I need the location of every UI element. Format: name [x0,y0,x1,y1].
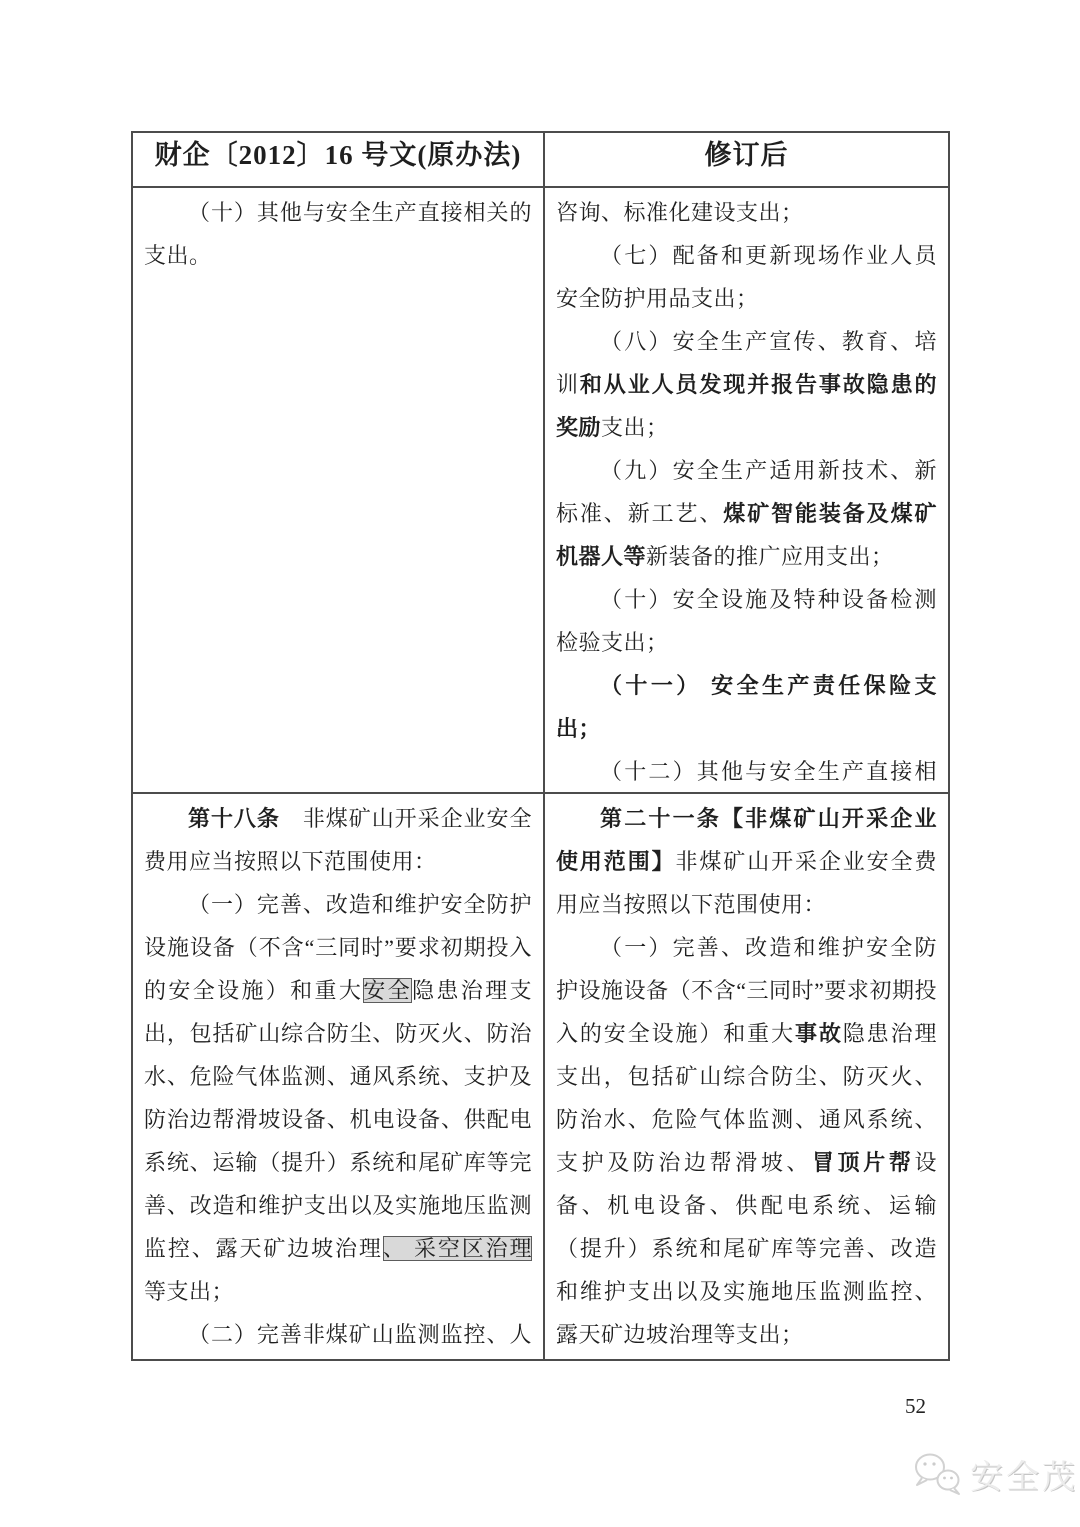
text-segment: 隐患治理支出，包括矿山综合防尘、防灭火、防治水、危险气体监测、通风系统、支护及防… [144,978,532,1261]
text-segment: 等支出； [144,1279,234,1304]
added-text: 冒顶片帮 [812,1150,914,1175]
added-text: 事故 [795,1021,843,1046]
paragraph: （二）完善非煤矿山监测监控、人员 [556,1356,937,1359]
paragraph: （十）其他与安全生产直接相关的支出。 [144,191,532,277]
cell-revised: 咨询、标准化建设支出；（七）配备和更新现场作业人员安全防护用品支出；（八）安全生… [544,187,949,793]
text-segment: （十）其他与安全生产直接相关的支出。 [144,200,532,268]
table-row: 第十八条 非煤矿山开采企业安全费用应当按照以下范围使用：（一）完善、改造和维护安… [132,793,949,1360]
column-header-revised: 修订后 [544,132,949,187]
boxed-deleted-text: 、 采空区治理 [383,1236,532,1261]
comparison-table: 财企〔2012〕16 号文(原办法) 修订后 （十）其他与安全生产直接相关的支出… [131,131,950,1361]
text-segment: （十二）其他与安全生产直接相关的支出。 [556,759,937,792]
text-segment: （二）完善非煤矿山监测监控、人员定位、紧急避险、压风自救、供水施救和 [144,1322,532,1359]
paragraph: （十二）其他与安全生产直接相关的支出。 [556,750,937,792]
column-header-original: 财企〔2012〕16 号文(原办法) [132,132,544,187]
paragraph: 第二十一条【非煤矿山开采企业使用范围】非煤矿山开采企业安全费用应当按照以下范围使… [556,797,937,926]
text-segment: （七）配备和更新现场作业人员安全防护用品支出； [556,243,937,311]
paragraph: （十一） 安全生产责任保险支出； [556,664,937,750]
added-text: 第十八条 [188,806,280,831]
watermark-brand: 安全茂 [970,1451,1078,1498]
text-segment: （十）安全设施及特种设备检测检验支出； [556,587,937,655]
boxed-deleted-text: 安全 [363,978,412,1003]
paragraph: （二）完善非煤矿山监测监控、人员定位、紧急避险、压风自救、供水施救和 [144,1313,532,1359]
paragraph: （九）安全生产适用新技术、新标准、新工艺、煤矿智能装备及煤矿机器人等新装备的推广… [556,449,937,578]
paragraph: （一）完善、改造和维护安全防护设施设备（不含“三同时”要求初期投入的安全设施）和… [556,926,937,1356]
cell-original: 第十八条 非煤矿山开采企业安全费用应当按照以下范围使用：（一）完善、改造和维护安… [132,793,544,1360]
text-segment: 咨询、标准化建设支出； [556,200,804,225]
paragraph: 第十八条 非煤矿山开采企业安全费用应当按照以下范围使用： [144,797,532,883]
text-segment: 新装备的推广应用支出； [646,544,894,569]
page-number: 52 [905,1394,926,1419]
wechat-chat-bubbles-icon [911,1449,963,1499]
paragraph: 咨询、标准化建设支出； [556,191,937,234]
cell-revised: 第二十一条【非煤矿山开采企业使用范围】非煤矿山开采企业安全费用应当按照以下范围使… [544,793,949,1360]
paragraph: （一）完善、改造和维护安全防护设施设备（不含“三同时”要求初期投入的安全设施）和… [144,883,532,1313]
text-segment: 设备、机电设备、供配电系统、运输（提升）系统和尾矿库等完善、改造和维护支出以及实… [556,1150,937,1347]
cell-content: （十）其他与安全生产直接相关的支出。 [133,188,543,792]
cell-original: （十）其他与安全生产直接相关的支出。 [132,187,544,793]
paragraph: （十）安全设施及特种设备检测检验支出； [556,578,937,664]
document-page: 财企〔2012〕16 号文(原办法) 修订后 （十）其他与安全生产直接相关的支出… [0,0,1080,1527]
cell-content: 第十八条 非煤矿山开采企业安全费用应当按照以下范围使用：（一）完善、改造和维护安… [133,794,543,1359]
table-header: 财企〔2012〕16 号文(原办法) 修订后 [132,132,949,187]
cell-content: 咨询、标准化建设支出；（七）配备和更新现场作业人员安全防护用品支出；（八）安全生… [545,188,948,792]
text-segment: 支出； [601,415,669,440]
table-row: （十）其他与安全生产直接相关的支出。咨询、标准化建设支出；（七）配备和更新现场作… [132,187,949,793]
paragraph: （七）配备和更新现场作业人员安全防护用品支出； [556,234,937,320]
cell-content: 第二十一条【非煤矿山开采企业使用范围】非煤矿山开采企业安全费用应当按照以下范围使… [545,794,948,1359]
table-body: （十）其他与安全生产直接相关的支出。咨询、标准化建设支出；（七）配备和更新现场作… [132,187,949,1360]
header-row: 财企〔2012〕16 号文(原办法) 修订后 [132,132,949,187]
paragraph: （八）安全生产宣传、教育、培训和从业人员发现并报告事故隐患的奖励支出； [556,320,937,449]
watermark: 安全茂 [911,1449,1078,1499]
added-text: （十一） 安全生产责任保险支出； [556,673,937,741]
